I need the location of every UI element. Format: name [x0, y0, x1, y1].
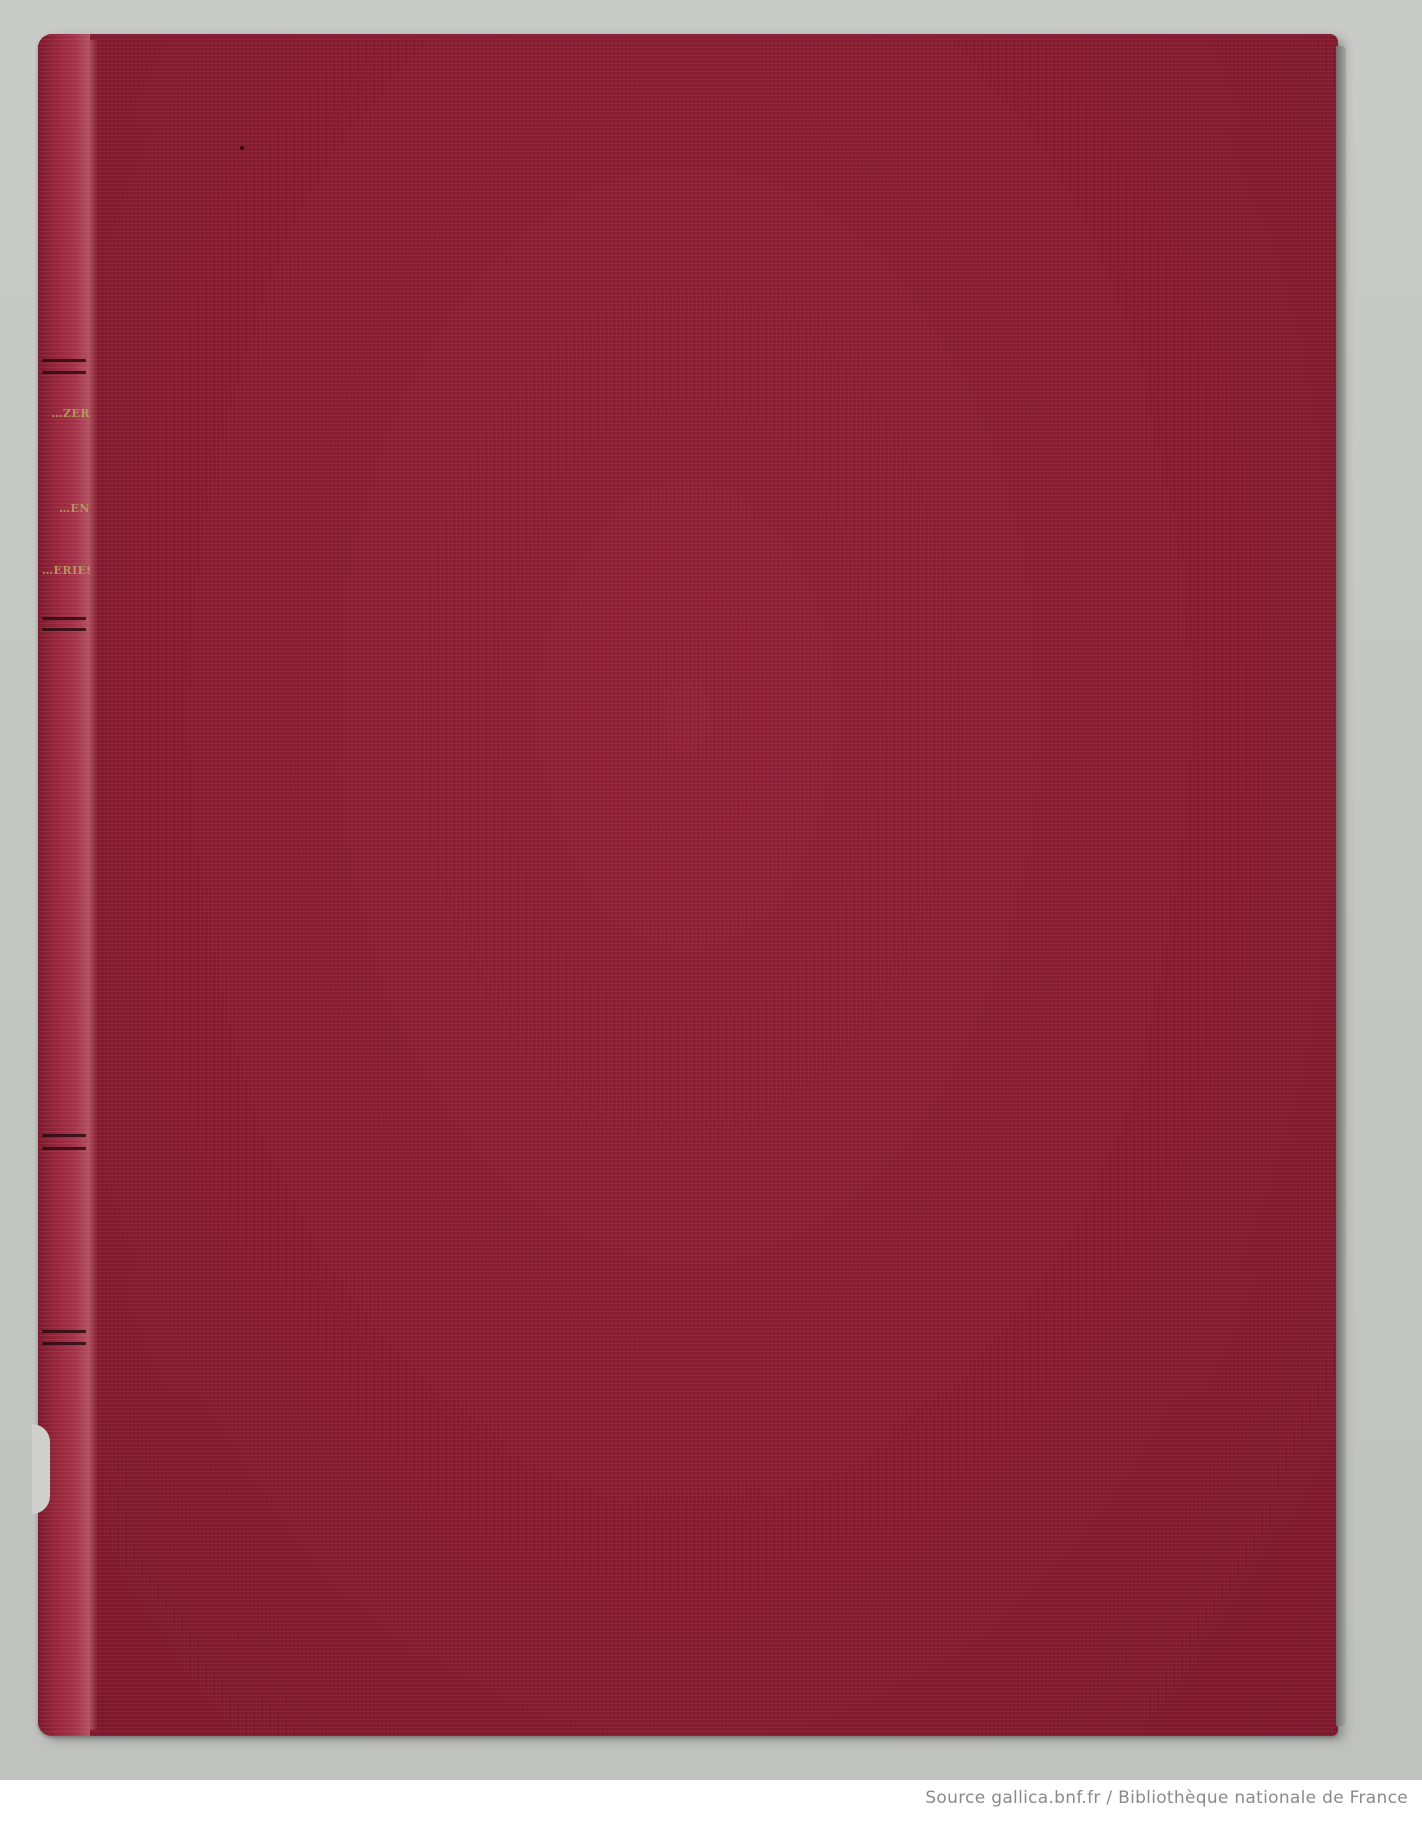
- cover-speck: [240, 146, 244, 150]
- footer: Source gallica.bnf.fr / Bibliothèque nat…: [0, 1780, 1422, 1822]
- spine-band: [42, 628, 86, 631]
- spine-band: [42, 1342, 86, 1345]
- spine-hinge: [90, 40, 98, 1730]
- spine-worn-label: [32, 1424, 50, 1514]
- spine-band: [42, 359, 86, 362]
- book-spine: …ZER …EN …ERIES: [38, 34, 90, 1736]
- spine-band: [42, 617, 86, 620]
- scan-background: …ZER …EN …ERIES: [0, 0, 1422, 1780]
- spine-band: [42, 1330, 86, 1333]
- source-credit: Source gallica.bnf.fr / Bibliothèque nat…: [925, 1788, 1408, 1808]
- spine-lettering: …EN: [42, 502, 90, 515]
- spine-band: [42, 1134, 86, 1137]
- page-block-edge: [1336, 46, 1346, 1726]
- spine-lettering: …ZER: [42, 407, 90, 420]
- spine-lettering: …ERIES: [42, 564, 90, 577]
- spine-band: [42, 371, 86, 374]
- book-cover: …ZER …EN …ERIES: [38, 34, 1338, 1736]
- spine-band: [42, 1147, 86, 1150]
